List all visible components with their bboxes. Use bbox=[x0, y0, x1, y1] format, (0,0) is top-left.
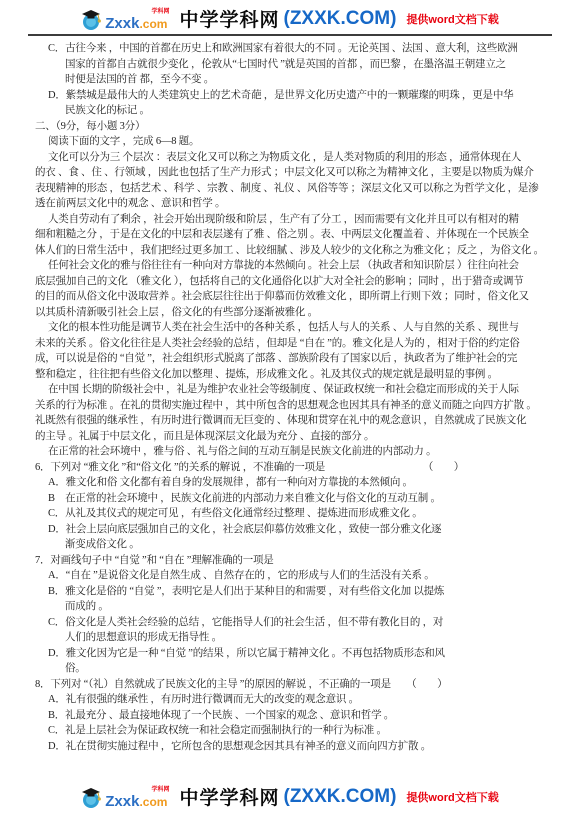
text-line: 关系的行为标准 。在礼的贯彻实施过程中 ，其中所包含的思想观念也因其具有神圣的意… bbox=[35, 398, 556, 414]
text-line: A．雅文化和俗 文化都有着自身的发展规律 ，都有一种向对方靠拢的本然倾向 。 bbox=[48, 475, 556, 491]
text-line: C．古往今来 ，中国的首都在历史上和欧洲国家有着很大的不同 。无论英国 、法国 … bbox=[48, 41, 556, 57]
text-line: D．雅文化因为它是一种 “自觉 ”的结果 ，所以它属于精神文化 。不再包括物质形… bbox=[48, 646, 556, 662]
text-line: 二、（9分，每小题 3分） bbox=[35, 119, 556, 135]
document-page: Zxxk.com学科网 中学学科网 (ZXXK.COM) 提供word文档下载 … bbox=[0, 0, 580, 820]
text-line: 6．下列对 “雅文化 ”和“俗文化 ”的关系的解说 ，不准确的一项是 （ ） bbox=[35, 460, 556, 476]
text-line: 细和粗糙之分 ，于是在文化的中层和表层遂有了雅 、俗之别 。表、中两层文化覆盖着… bbox=[35, 227, 556, 243]
text-line: A．“自在 ”是说俗文化是自然生成 、自然存在的 ，它的形成与人们的生活没有关系… bbox=[48, 568, 556, 584]
text-line: 人类自劳动有了剩余 ，社会开始出现阶级和阶层 ，生产有了分工 ，因而需要有文化并… bbox=[48, 212, 556, 228]
site-title: 中学学科网 bbox=[179, 5, 279, 32]
text-line: 未来的关系 。俗文化往往是人类社会经验的总结 ，但却是 “自在 ”的。雅文化是人… bbox=[35, 336, 556, 352]
footer-brandbar: Zxxk.com学科网 中学学科网 (ZXXK.COM) 提供word文档下载 bbox=[0, 778, 580, 812]
text-line: 人们的思想意识的形成无指导性 。 bbox=[65, 630, 556, 646]
text-line: 国家的首都自古就很少变化 ，伦敦从“七国时代 ”就是英国的首都 ，而巴黎 ，在墨… bbox=[65, 57, 556, 73]
text-line: 7．对画线句子中 “自觉 ”和 “自在 ”理解准确的一项是 bbox=[35, 553, 556, 569]
site-domain: (ZXXK.COM) bbox=[284, 786, 397, 808]
text-line: 表现精神的形态 ，包括艺术 、科学 、宗教 、制度 、礼仪 、风俗等等 ；深层文… bbox=[35, 181, 556, 197]
text-line: 渐变成俗文化 。 bbox=[65, 537, 556, 553]
text-line: A．礼有很强的继承性 ，有历时进行微调而无大的改变的观念意识 。 bbox=[48, 692, 556, 708]
text-line: 文化可以分为三 个层次 ：表层文化又可以称之为物质文化 ，是人类对物质的利用的形… bbox=[48, 150, 556, 166]
document-body: C．古往今来 ，中国的首都在历史上和欧洲国家有着很大的不同 。无论英国 、法国 … bbox=[0, 36, 580, 754]
text-line: 的主导 。礼属于中层文化 ，而且是体现深层文化最为充分 、直接的部分 。 bbox=[35, 429, 556, 445]
text-line: 的衣 、食 、住 、行领域 ，因此也包括了生产力形式 ；中层文化又可以称之为精神… bbox=[35, 165, 556, 181]
text-line: 而成的 。 bbox=[65, 599, 556, 615]
text-line: D．礼在贯彻实施过程中 ，它所包含的思想观念因其具有神圣的意义而向四方扩散 。 bbox=[48, 739, 556, 755]
graduate-icon bbox=[81, 7, 103, 31]
zxxk-logo[interactable]: Zxxk.com学科网 bbox=[81, 785, 169, 809]
text-line: 俗。 bbox=[65, 661, 556, 677]
text-line: 底层强加自己的文化 （雅文化 ），包括将自己的文化通俗化以扩大对全社会的影响 ；… bbox=[35, 274, 556, 290]
text-line: 体人们的日常生活中 ，我们把经过更多加工 、比较细腻 、涉及人较少的文化称之为雅… bbox=[35, 243, 556, 259]
text-line: B 在正常的社会环境中 ，民族文化前进的内部动力来自雅文化与俗文化的互动互制 。 bbox=[48, 491, 556, 507]
text-line: 在正常的社会环境中 ，雅与俗 、礼与俗之间的互动互制是民族文化前进的内部动力 。 bbox=[48, 444, 556, 460]
text-line: 阅读下面的文字 ，完成 6—8 题。 bbox=[48, 134, 556, 150]
text-line: 透在前两层文化中的观念 、意识和哲学 。 bbox=[35, 196, 556, 212]
text-line: 民族文化的标记 。 bbox=[65, 103, 556, 119]
zxxk-logo-text: Zxxk.com学科网 bbox=[105, 16, 169, 31]
footer: Zxxk.com学科网 中学学科网 (ZXXK.COM) 提供word文档下载 bbox=[0, 778, 580, 812]
logo-mini-label: 学科网 bbox=[151, 787, 169, 793]
graduate-icon bbox=[81, 785, 103, 809]
zxxk-logo[interactable]: Zxxk.com学科网 bbox=[81, 7, 169, 31]
text-line: 整和稳定 ，往往把有些俗文化加以整理 、提炼，形成雅文化 。礼及其仪式的规定就是… bbox=[35, 367, 556, 383]
text-line: C．礼是上层社会为保证政权统一和社会稳定而强制执行的一种行为标准 。 bbox=[48, 723, 556, 739]
text-line: B．雅文化是俗的 “自觉 ”，表明它是人们出于某种目的和需要 ，对有些俗文化加 … bbox=[48, 584, 556, 600]
text-line: 在中国 长期的阶级社会中 ，礼是为维护农业社会等级制度 、保证政权统一和社会稳定… bbox=[48, 382, 556, 398]
text-line: 8．下列对 “（礼）自然就成了民族文化的主导 ”的原因的解说 ，不正确的一项是 … bbox=[35, 677, 556, 693]
text-line: 文化的根本性功能是调节人类在社会生活中的各种关系 ，包括人与人的关系 、人与自然… bbox=[48, 320, 556, 336]
text-line: 礼既然有很强的继承性 ，有历时进行微调而无巨变的 、体现和贯穿在礼中的观念意识 … bbox=[35, 413, 556, 429]
text-line: B．礼最充分 、最直接地体现了一个民族 、一个国家的观念 、意识和哲学 。 bbox=[48, 708, 556, 724]
zxxk-logo-text: Zxxk.com学科网 bbox=[105, 794, 169, 809]
text-line: 成，可以说是俗的 “自觉 ”，社会组织形式脱离了部落 、部族阶段有了国家以后 ，… bbox=[35, 351, 556, 367]
text-line: C．从礼及其仪式的规定可见 ，有些俗文化通常经过整理 、提炼进而形成雅文化 。 bbox=[48, 506, 556, 522]
text-line: D．紫禁城是最伟大的人类建筑史上的艺术奇葩 ，是世界文化历史遗产中的一颗璀璨的明… bbox=[48, 88, 556, 104]
word-download-link[interactable]: 提供word文档下载 bbox=[406, 11, 498, 27]
site-domain: (ZXXK.COM) bbox=[284, 8, 397, 30]
text-line: 任何社会文化的雅与俗往往有一种向对方靠拢的本然倾向 。社会上层 （执政者和知识阶… bbox=[48, 258, 556, 274]
text-line: 时便是法国的首 都，至今不变 。 bbox=[65, 72, 556, 88]
text-line: D．社会上层向底层强加自己的文化 ，社会底层仰慕仿效雅文化 ，致使一部分雅文化逐 bbox=[48, 522, 556, 538]
text-line: C．俗文化是人类社会经验的总结 ，它能指导人们的社会生活 ，但不带有教化目的 ，… bbox=[48, 615, 556, 631]
word-download-link[interactable]: 提供word文档下载 bbox=[406, 789, 498, 805]
text-line: 的目的而从俗文化中汲取营养 。社会底层往往出于仰慕而仿效雅文化 ，即所谓上行则下… bbox=[35, 289, 556, 305]
text-line: 以其质朴清新吸引社会上层 ，俗文化的有些部分逐渐被雅化 。 bbox=[35, 305, 556, 321]
header-brandbar: Zxxk.com学科网 中学学科网 (ZXXK.COM) 提供word文档下载 bbox=[0, 0, 580, 34]
logo-mini-label: 学科网 bbox=[151, 9, 169, 15]
site-title: 中学学科网 bbox=[179, 783, 279, 810]
